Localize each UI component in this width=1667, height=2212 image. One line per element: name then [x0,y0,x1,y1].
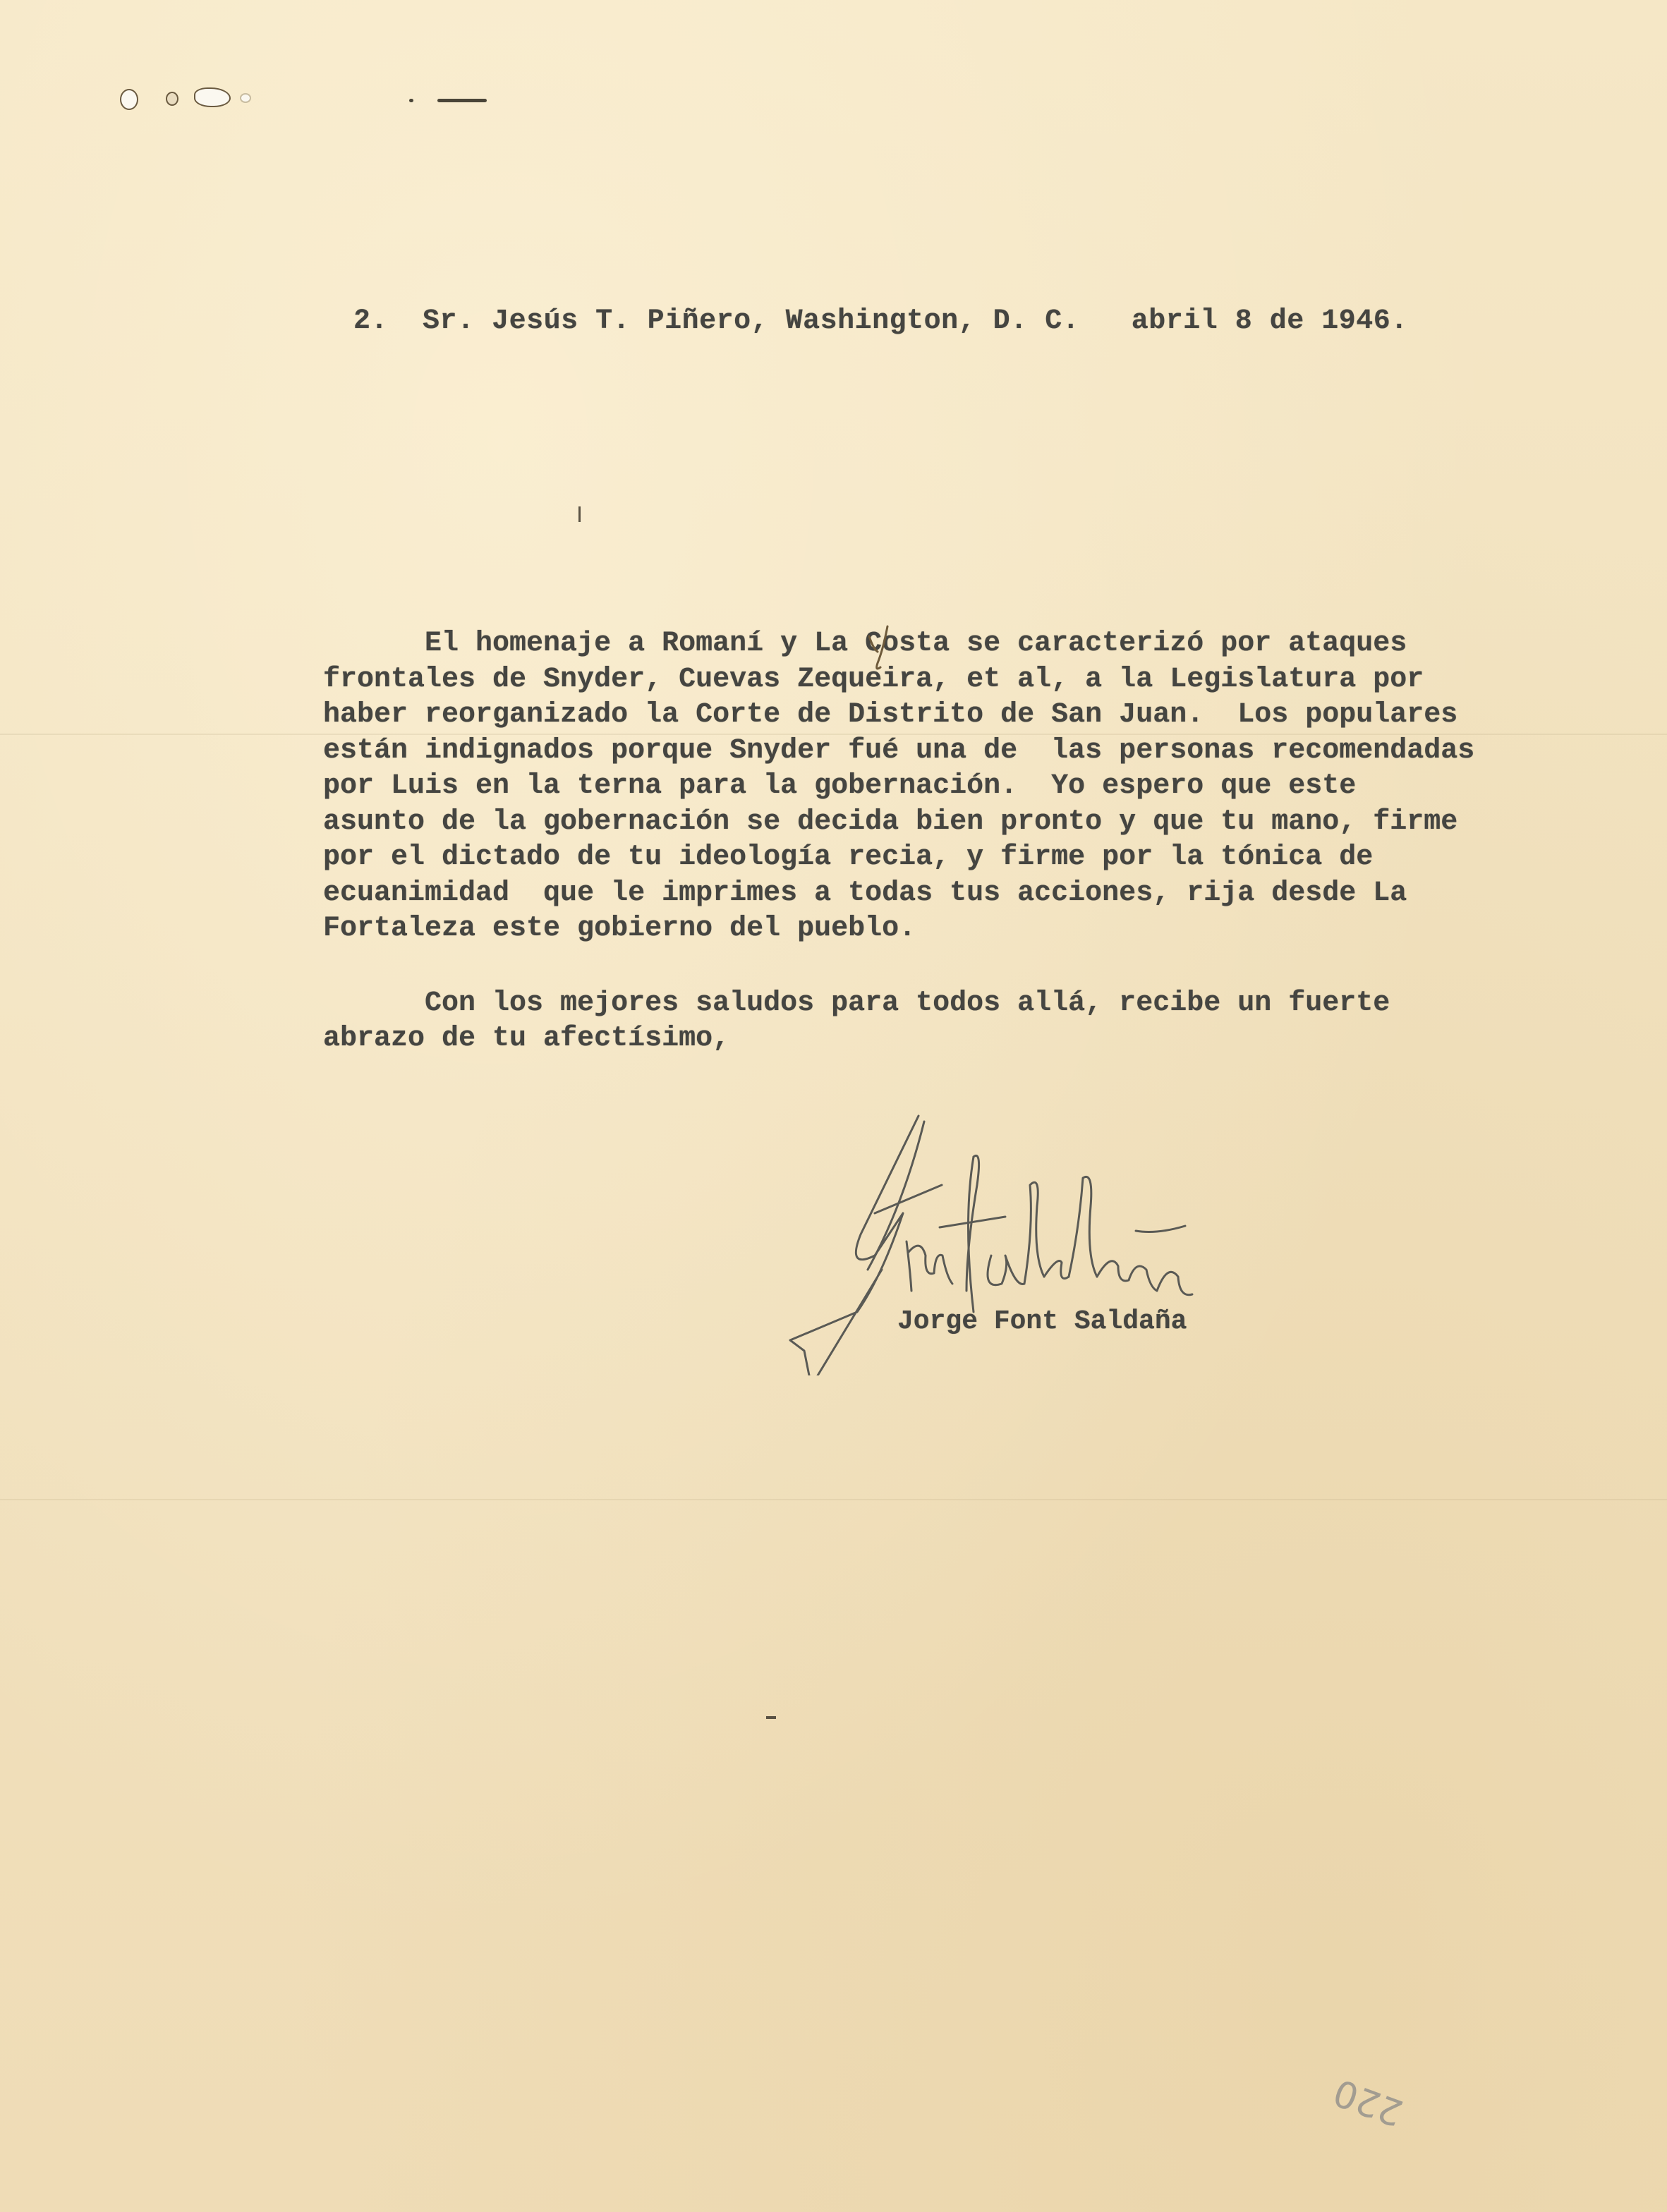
letter-date: abril 8 de 1946. [1132,305,1408,337]
stray-mark-lower [766,1716,776,1719]
ink-smudge [409,99,501,104]
body-line: Fortaleza este gobierno del pueblo. [323,911,1474,947]
body-line: frontales de Snyder, Cuevas Zequeira, et… [323,662,1474,698]
paper-damage-holes [99,85,395,113]
closing-line: abrazo de tu afectísimo, [323,1021,1390,1057]
hole-3 [194,87,231,107]
page-number: 2. [353,305,388,337]
hole-2 [166,92,178,106]
letter-header: 2. Sr. Jesús T. Piñero, Washington, D. C… [319,274,1408,337]
hole-1 [120,89,138,110]
signer-name: Jorge Font Saldaña [897,1306,1187,1337]
body-line: por el dictado de tu ideología recia, y … [323,840,1474,876]
body-line: por Luis en la terna para la gobernación… [323,769,1474,805]
letter-body: El homenaje a Romaní y La Costa se carac… [323,626,1474,947]
closing-line: Con los mejores saludos para todos allá,… [323,986,1390,1021]
letter-closing: Con los mejores saludos para todos allá,… [323,986,1390,1057]
body-line: ecuanimidad que le imprimes a todas tus … [323,876,1474,912]
pencil-archive-number: 220 [1328,2070,1409,2134]
body-line: haber reorganizado la Corte de Distrito … [323,698,1474,734]
body-line: El homenaje a Romaní y La Costa se carac… [323,626,1474,662]
body-line: están indignados porque Snyder fué una d… [323,734,1474,770]
recipient: Sr. Jesús T. Piñero, Washington, D. C. [423,305,1079,337]
hole-4 [240,93,251,103]
stray-mark [578,506,581,522]
body-line: asunto de la gobernación se decida bien … [323,805,1474,841]
letter-page: { "document": { "type": "typewritten let… [0,0,1667,2212]
handwritten-correction-y [862,621,897,677]
fold-line-lower [0,1499,1667,1500]
